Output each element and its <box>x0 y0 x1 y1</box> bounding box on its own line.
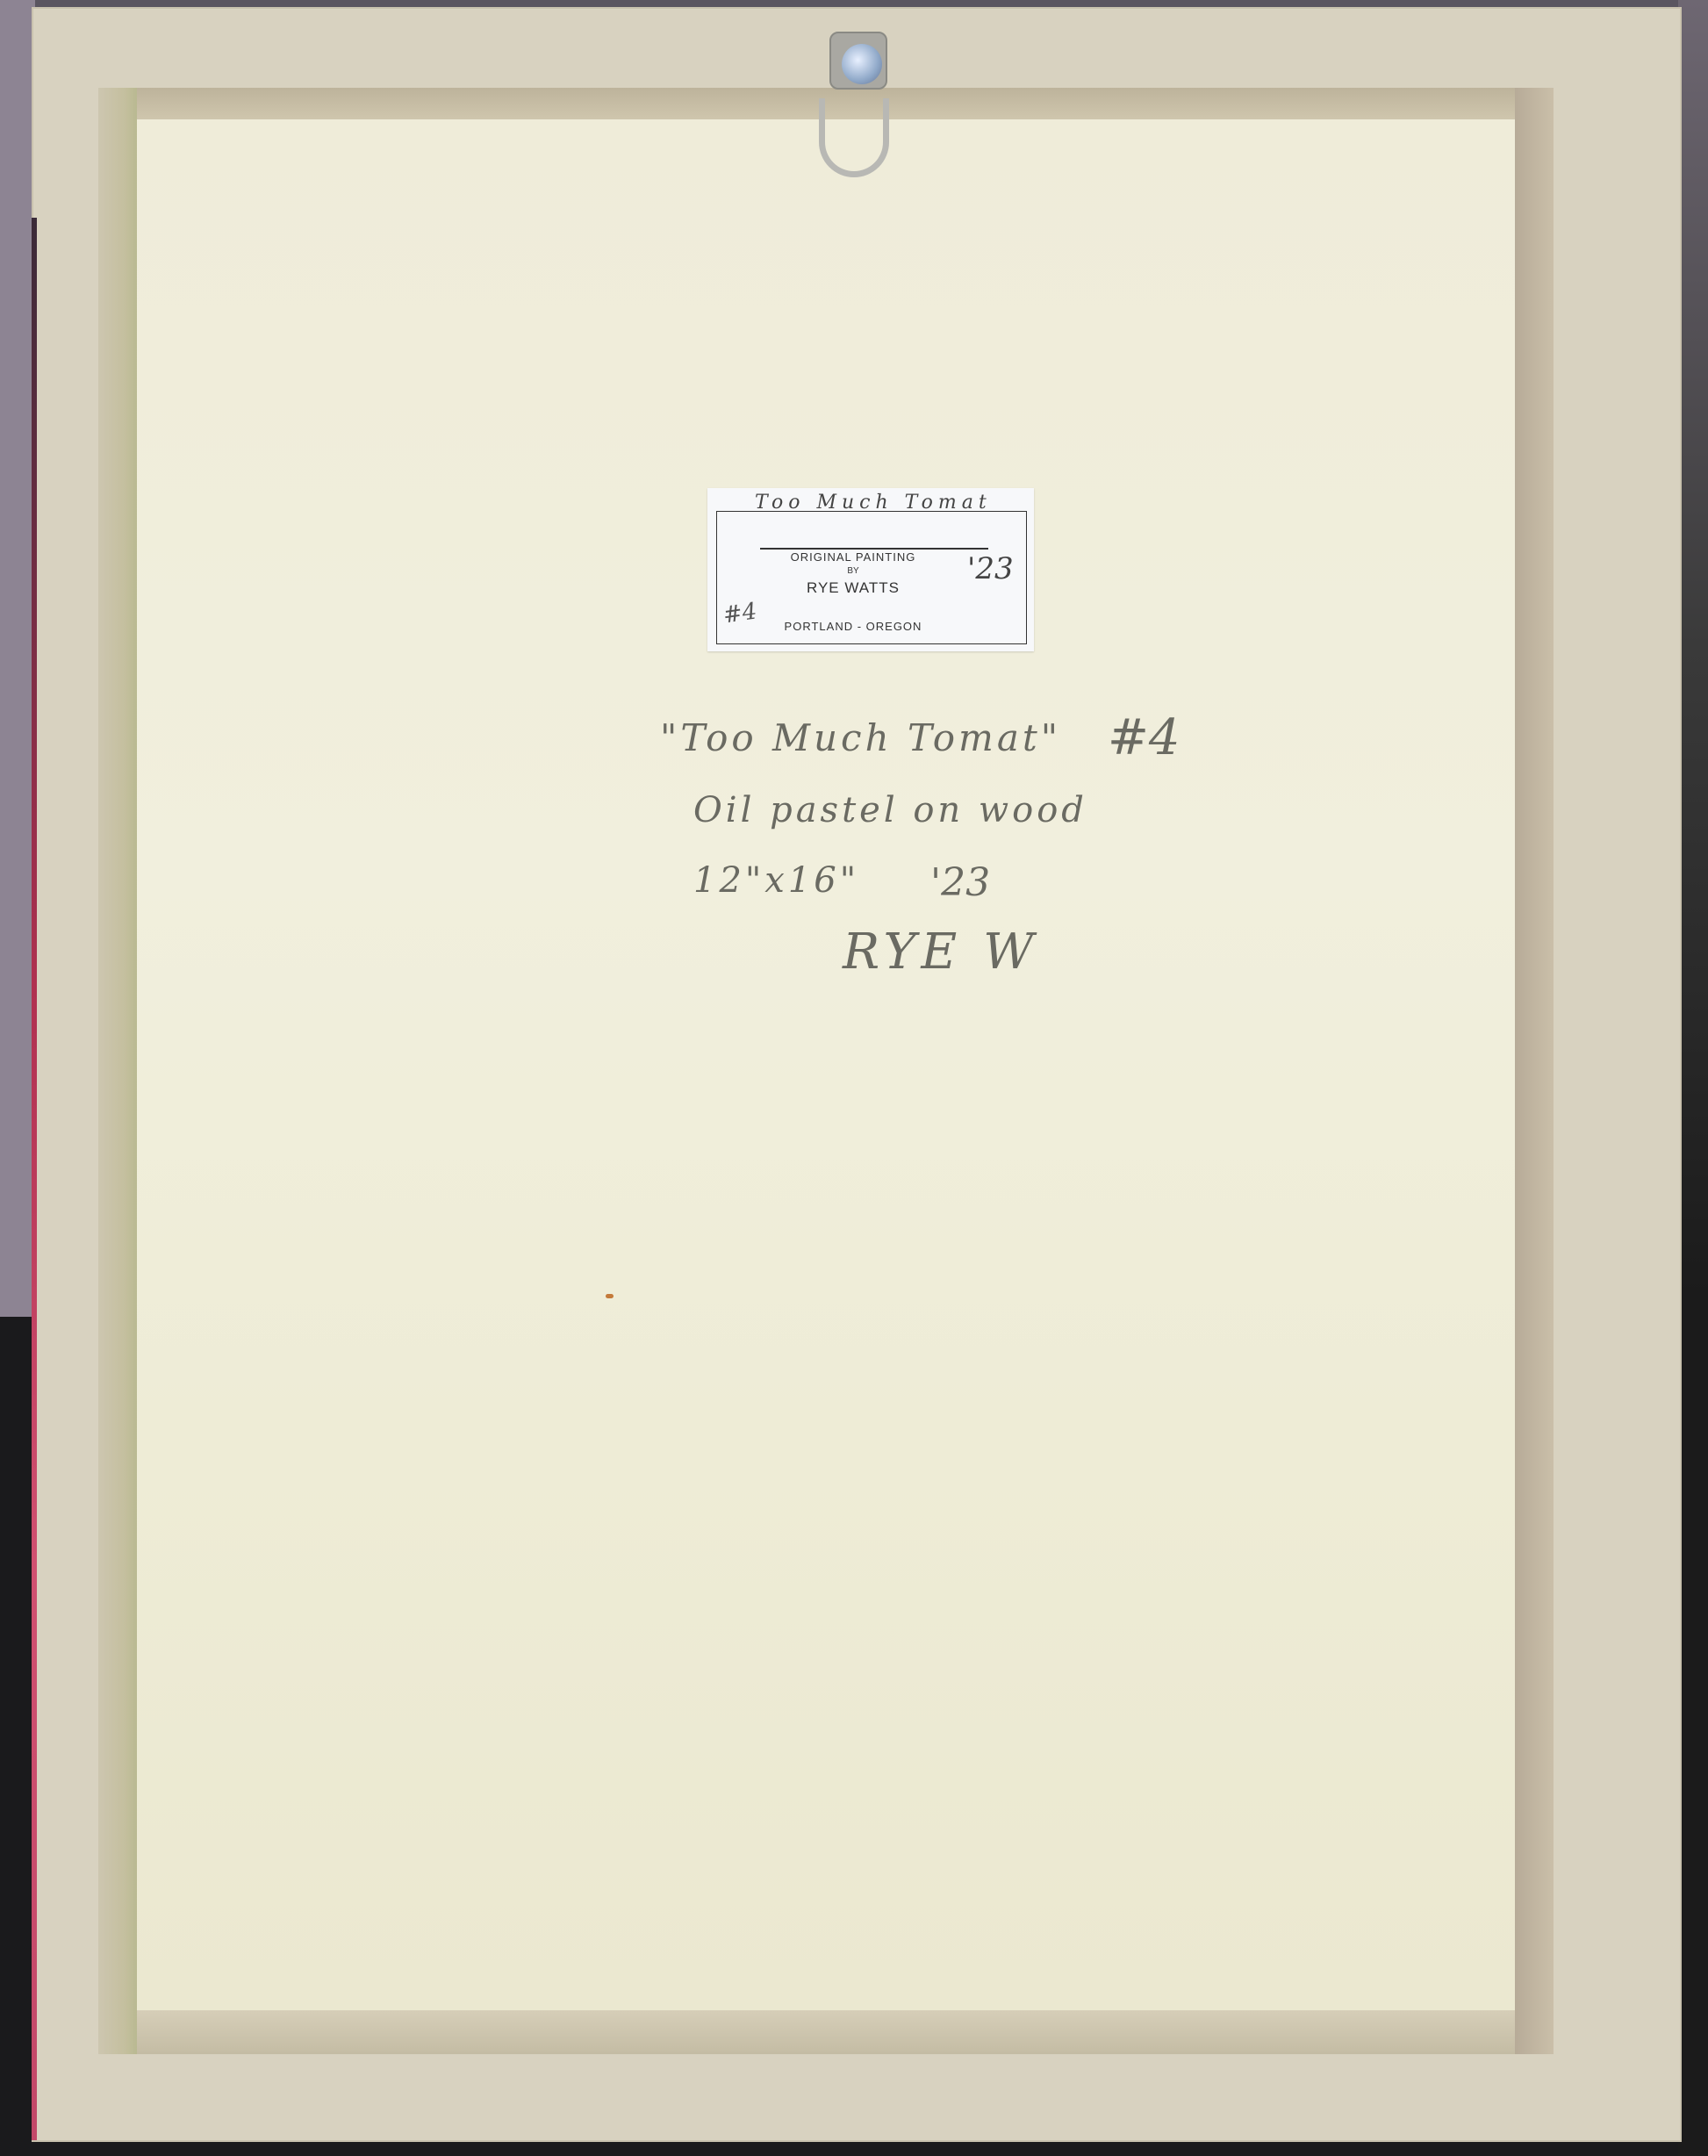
inscription-signature: RYE W <box>843 923 1039 981</box>
screw-icon <box>842 44 882 84</box>
d-ring-hanger-icon <box>825 25 913 165</box>
hanger-ring <box>819 98 889 177</box>
wall-background-right <box>1678 0 1708 2156</box>
rebate-right <box>1515 88 1554 2054</box>
inscription-medium: Oil pastel on wood <box>693 790 1087 830</box>
label-handwritten-number: #4 <box>721 598 758 629</box>
label-handwritten-title: Too Much Tomat <box>755 492 992 514</box>
inscription-number: #4 <box>1108 709 1181 766</box>
painted-edge <box>32 218 37 2140</box>
inscription-year: '23 <box>930 860 990 905</box>
inscription-size: 12"x16" <box>693 860 859 901</box>
rebate-left <box>98 88 137 2054</box>
inscription-title: "Too Much Tomat" <box>660 716 1061 759</box>
label-handwritten-year: '23 <box>967 551 1014 586</box>
hanger-plate <box>829 32 887 90</box>
label-title-rule <box>760 548 988 550</box>
artist-label: Too Much Tomat ORIGINAL PAINTING BY RYE … <box>707 488 1034 651</box>
rebate-bottom <box>98 2010 1552 2054</box>
wall-background-left <box>0 0 35 1317</box>
paint-speck <box>606 1294 614 1298</box>
wood-panel-back <box>137 119 1515 2010</box>
